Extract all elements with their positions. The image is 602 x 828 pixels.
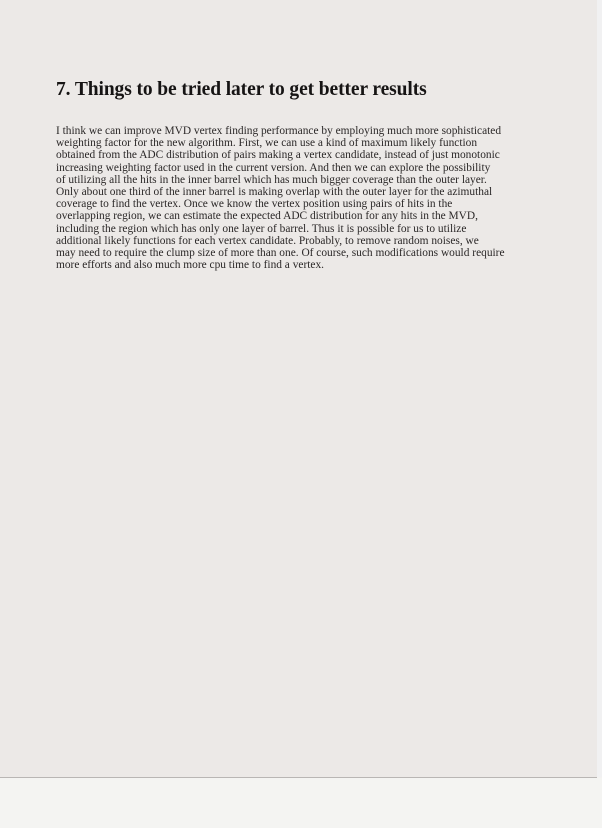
section-heading: 7. Things to be tried later to get bette… [56, 79, 427, 101]
paragraph-line: increasing weighting factor used in the … [56, 162, 526, 174]
paragraph-line: may need to require the clump size of mo… [56, 247, 526, 259]
paragraph-line: more efforts and also much more cpu time… [56, 259, 526, 271]
paragraph-line: additional likely functions for each ver… [56, 235, 526, 247]
document-page: 7. Things to be tried later to get bette… [0, 0, 597, 778]
paragraph-line: obtained from the ADC distribution of pa… [56, 149, 526, 161]
paragraph-line: of utilizing all the hits in the inner b… [56, 174, 526, 186]
paragraph-line: weighting factor for the new algorithm. … [56, 137, 526, 149]
paragraph-line: I think we can improve MVD vertex findin… [56, 125, 526, 137]
body-paragraph: I think we can improve MVD vertex findin… [56, 125, 526, 271]
scanned-document: 7. Things to be tried later to get bette… [0, 0, 602, 828]
paragraph-line: coverage to find the vertex. Once we kno… [56, 198, 526, 210]
paragraph-line: overlapping region, we can estimate the … [56, 210, 526, 222]
paragraph-line: including the region which has only one … [56, 223, 526, 235]
scanner-edge-bottom [0, 778, 602, 828]
scanner-edge-right [597, 0, 602, 777]
paragraph-line: Only about one third of the inner barrel… [56, 186, 526, 198]
